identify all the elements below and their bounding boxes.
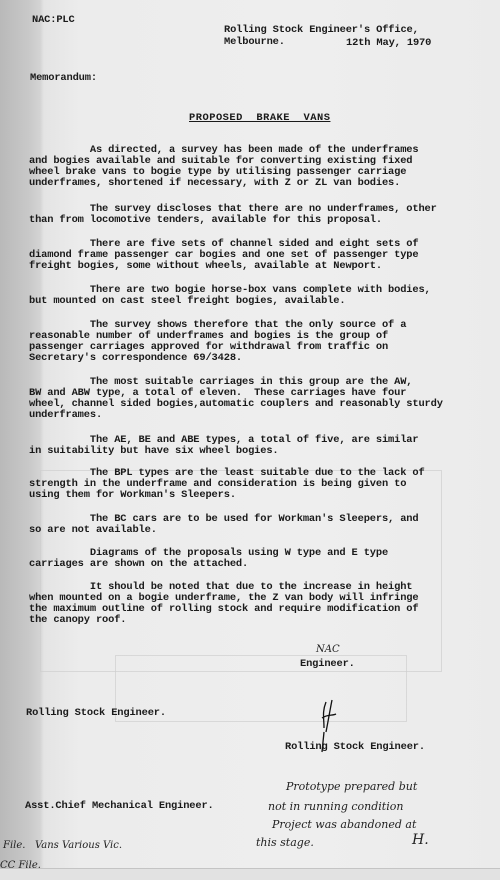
- memorandum-page: NAC:PLC Rolling Stock Engineer's Office,…: [0, 0, 500, 880]
- office-address-line2: Melbourne.: [224, 37, 285, 48]
- rolling-stock-engineer-label: Rolling Stock Engineer.: [285, 742, 425, 753]
- paragraph-line: freight bogies, some without wheels, ava…: [29, 261, 489, 272]
- paragraph-9: The BC cars are to be used for Workman's…: [29, 514, 489, 536]
- engineer-label: Engineer.: [300, 659, 355, 670]
- memo-date: 12th May, 1970: [346, 38, 431, 49]
- paragraph-line: underframes, shortened if necessary, wit…: [29, 178, 489, 189]
- paragraph-6: The most suitable carriages in this grou…: [29, 377, 489, 421]
- addressee-asst-chief-mechanical-engineer: Asst.Chief Mechanical Engineer.: [25, 801, 214, 812]
- paragraph-5: The survey shows therefore that the only…: [29, 320, 489, 364]
- page-bottom-edge: [0, 868, 500, 880]
- office-address-line1: Rolling Stock Engineer's Office,: [224, 25, 419, 36]
- reference-code: NAC:PLC: [32, 15, 75, 26]
- paragraph-line: Secretary's correspondence 69/3428.: [29, 353, 489, 364]
- paragraph-line: carriages are shown on the attached.: [29, 559, 489, 570]
- handwritten-note-initial: H.: [412, 832, 429, 848]
- paragraph-line: than from locomotive tenders, available …: [29, 215, 489, 226]
- paragraph-4: There are two bogie horse-box vans compl…: [29, 285, 489, 307]
- paragraph-line: in suitability but have six wheel bogies…: [29, 446, 489, 457]
- paragraph-8: The BPL types are the least suitable due…: [29, 468, 489, 501]
- handwritten-note-line-3: Project was abandoned at: [272, 818, 416, 831]
- paragraph-1: As directed, a survey has been made of t…: [29, 145, 489, 189]
- handwritten-note-line-2: not in running condition: [268, 800, 403, 813]
- document-title: PROPOSED BRAKE VANS: [189, 113, 330, 124]
- paragraph-line: using them for Workman's Sleepers.: [29, 490, 489, 501]
- handwritten-initials-nac: NAC: [316, 644, 340, 655]
- paragraph-line: the canopy roof.: [29, 615, 489, 626]
- paragraph-line: underframes.: [29, 410, 489, 421]
- handwritten-file-note-line-1: File. Vans Various Vic.: [3, 840, 122, 851]
- paragraph-11: It should be noted that due to the incre…: [29, 582, 489, 626]
- handwritten-note-line-4: this stage.: [256, 836, 314, 849]
- addressee-rolling-stock-engineer: Rolling Stock Engineer.: [26, 708, 166, 719]
- paragraph-line: so are not available.: [29, 525, 489, 536]
- paragraph-2: The survey discloses that there are no u…: [29, 204, 489, 226]
- paragraph-3: There are five sets of channel sided and…: [29, 239, 489, 272]
- paragraph-line: but mounted on cast steel freight bogies…: [29, 296, 489, 307]
- memorandum-label: Memorandum:: [30, 73, 97, 84]
- handwritten-note-line-1: Prototype prepared but: [286, 780, 417, 793]
- paragraph-7: The AE, BE and ABE types, a total of fiv…: [29, 435, 489, 457]
- paragraph-10: Diagrams of the proposals using W type a…: [29, 548, 489, 570]
